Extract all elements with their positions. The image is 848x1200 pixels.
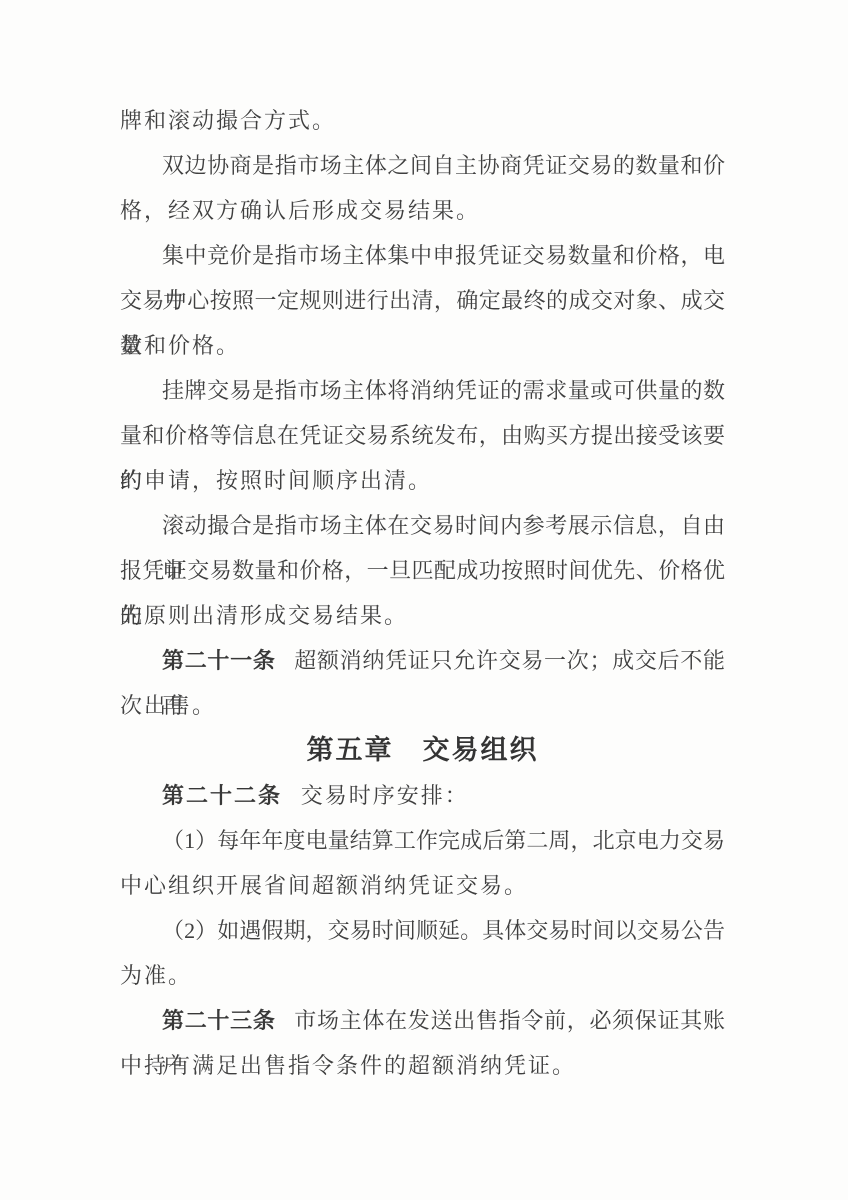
body-line: 为准。 <box>120 953 725 998</box>
body-line: 挂牌交易是指市场主体将消纳凭证的需求量或可供量的数 <box>120 368 725 413</box>
body-line: 量和价格等信息在凭证交易系统发布，由购买方提出接受该要约 <box>120 413 725 458</box>
article-line: 第二十一条超额消纳凭证只允许交易一次；成交后不能再 <box>120 638 725 683</box>
document-page: 牌和滚动撮合方式。 双边协商是指市场主体之间自主协商凭证交易的数量和价 格，经双… <box>0 0 848 1200</box>
body-line: 集中竞价是指市场主体集中申报凭证交易数量和价格，电力 <box>120 233 725 278</box>
body-line: 的申请，按照时间顺序出清。 <box>120 458 725 503</box>
article-number: 第二十二条 <box>162 783 282 808</box>
article-line: 第二十三条市场主体在发送出售指令前，必须保证其账户 <box>120 998 725 1043</box>
body-line: 的原则出清形成交易结果。 <box>120 593 725 638</box>
article-text: 交易时序安排： <box>301 783 469 808</box>
body-line: 格，经双方确认后形成交易结果。 <box>120 188 725 233</box>
body-line: 中心组织开展省间超额消纳凭证交易。 <box>120 863 725 908</box>
body-line: 中持有满足出售指令条件的超额消纳凭证。 <box>120 1043 725 1088</box>
body-line: （1）每年年度电量结算工作完成后第二周，北京电力交易 <box>120 818 725 863</box>
article-line: 第二十二条交易时序安排： <box>120 773 725 818</box>
body-line: 牌和滚动撮合方式。 <box>120 98 725 143</box>
body-line: 量和价格。 <box>120 323 725 368</box>
body-line: 交易中心按照一定规则进行出清，确定最终的成交对象、成交数 <box>120 278 725 323</box>
body-line: 报凭证交易数量和价格，一旦匹配成功按照时间优先、价格优先 <box>120 548 725 593</box>
body-line: 双边协商是指市场主体之间自主协商凭证交易的数量和价 <box>120 143 725 188</box>
body-line: 滚动撮合是指市场主体在交易时间内参考展示信息，自由申 <box>120 503 725 548</box>
chapter-heading: 第五章 交易组织 <box>120 728 725 773</box>
body-line: （2）如遇假期，交易时间顺延。具体交易时间以交易公告 <box>120 908 725 953</box>
article-number: 第二十三条 <box>162 1008 276 1033</box>
body-line: 次出售。 <box>120 683 725 728</box>
article-number: 第二十一条 <box>162 648 276 673</box>
